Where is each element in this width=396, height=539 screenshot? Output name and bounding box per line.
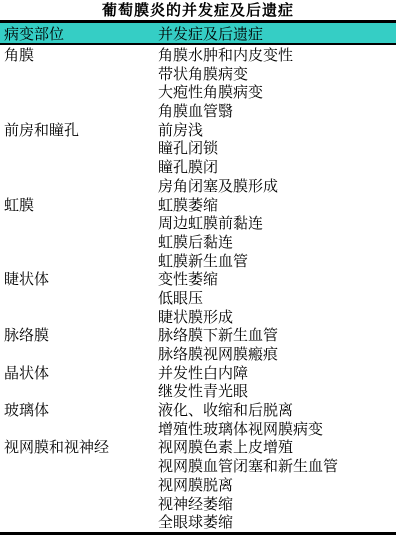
lesion-site-cell: 玻璃体 <box>0 401 158 420</box>
complication-item: 角膜血管翳 <box>158 102 396 121</box>
complication-item: 周边虹膜前黏连 <box>158 214 396 233</box>
complication-item: 房角闭塞及膜形成 <box>158 177 396 196</box>
complications-cell: 并发性白内障继发性青光眼 <box>158 364 396 401</box>
table-row: 虹膜 虹膜萎缩周边虹膜前黏连虹膜后黏连虹膜新生血管 <box>0 196 396 271</box>
complication-item: 变性萎缩 <box>158 270 396 289</box>
table-row: 前房和瞳孔 前房浅瞳孔闭锁瞳孔膜闭房角闭塞及膜形成 <box>0 121 396 196</box>
table-row: 角膜 角膜水肿和内皮变性带状角膜病变大疱性角膜病变角膜血管翳 <box>0 46 396 121</box>
complications-cell: 角膜水肿和内皮变性带状角膜病变大疱性角膜病变角膜血管翳 <box>158 46 396 121</box>
complications-cell: 虹膜萎缩周边虹膜前黏连虹膜后黏连虹膜新生血管 <box>158 196 396 271</box>
complication-item: 液化、收缩和后脱离 <box>158 401 396 420</box>
complication-item: 虹膜萎缩 <box>158 196 396 215</box>
table-row: 脉络膜 脉络膜下新生血管脉络膜视网膜瘢痕 <box>0 326 396 363</box>
complication-item: 脉络膜视网膜瘢痕 <box>158 345 396 364</box>
table-row: 视网膜和视神经 视网膜色素上皮增殖视网膜血管闭塞和新生血管视网膜脱离视神经萎缩全… <box>0 438 396 531</box>
table-row: 晶状体 并发性白内障继发性青光眼 <box>0 364 396 401</box>
complication-item: 低眼压 <box>158 289 396 308</box>
header-lesion-site: 病变部位 <box>0 23 158 44</box>
complication-item: 睫状膜形成 <box>158 308 396 327</box>
table-header-row: 病变部位 并发症及后遗症 <box>0 23 396 45</box>
lesion-site-cell: 脉络膜 <box>0 326 158 345</box>
lesion-site-cell: 睫状体 <box>0 270 158 289</box>
complication-item: 大疱性角膜病变 <box>158 83 396 102</box>
complication-item: 全眼球萎缩 <box>158 513 396 532</box>
complication-item: 带状角膜病变 <box>158 65 396 84</box>
complications-cell: 脉络膜下新生血管脉络膜视网膜瘢痕 <box>158 326 396 363</box>
lesion-site-cell: 前房和瞳孔 <box>0 121 158 140</box>
header-complications: 并发症及后遗症 <box>158 23 396 44</box>
table-row: 玻璃体 液化、收缩和后脱离增殖性玻璃体视网膜病变 <box>0 401 396 438</box>
lesion-site-cell: 虹膜 <box>0 196 158 215</box>
complication-item: 继发性青光眼 <box>158 382 396 401</box>
complication-item: 瞳孔闭锁 <box>158 139 396 158</box>
complications-cell: 液化、收缩和后脱离增殖性玻璃体视网膜病变 <box>158 401 396 438</box>
complication-item: 角膜水肿和内皮变性 <box>158 46 396 65</box>
bottom-rule <box>0 532 396 535</box>
complication-item: 脉络膜下新生血管 <box>158 326 396 345</box>
complication-item: 虹膜新生血管 <box>158 252 396 271</box>
complication-item: 并发性白内障 <box>158 364 396 383</box>
lesion-site-cell: 角膜 <box>0 46 158 65</box>
table-title: 葡萄膜炎的并发症及后遗症 <box>0 0 396 20</box>
lesion-site-cell: 晶状体 <box>0 364 158 383</box>
table-row: 睫状体 变性萎缩低眼压睫状膜形成 <box>0 270 396 326</box>
table-body: 角膜 角膜水肿和内皮变性带状角膜病变大疱性角膜病变角膜血管翳 前房和瞳孔 前房浅… <box>0 46 396 532</box>
complication-item: 瞳孔膜闭 <box>158 158 396 177</box>
complication-item: 虹膜后黏连 <box>158 233 396 252</box>
complications-cell: 视网膜色素上皮增殖视网膜血管闭塞和新生血管视网膜脱离视神经萎缩全眼球萎缩 <box>158 438 396 531</box>
complication-item: 视网膜血管闭塞和新生血管 <box>158 457 396 476</box>
uveitis-complications-table-page: 葡萄膜炎的并发症及后遗症 病变部位 并发症及后遗症 角膜 角膜水肿和内皮变性带状… <box>0 0 396 539</box>
complications-cell: 前房浅瞳孔闭锁瞳孔膜闭房角闭塞及膜形成 <box>158 121 396 196</box>
complication-item: 视网膜脱离 <box>158 476 396 495</box>
complication-item: 增殖性玻璃体视网膜病变 <box>158 420 396 439</box>
complication-item: 视网膜色素上皮增殖 <box>158 438 396 457</box>
complication-item: 视神经萎缩 <box>158 495 396 514</box>
complications-cell: 变性萎缩低眼压睫状膜形成 <box>158 270 396 326</box>
lesion-site-cell: 视网膜和视神经 <box>0 438 158 457</box>
complication-item: 前房浅 <box>158 121 396 140</box>
